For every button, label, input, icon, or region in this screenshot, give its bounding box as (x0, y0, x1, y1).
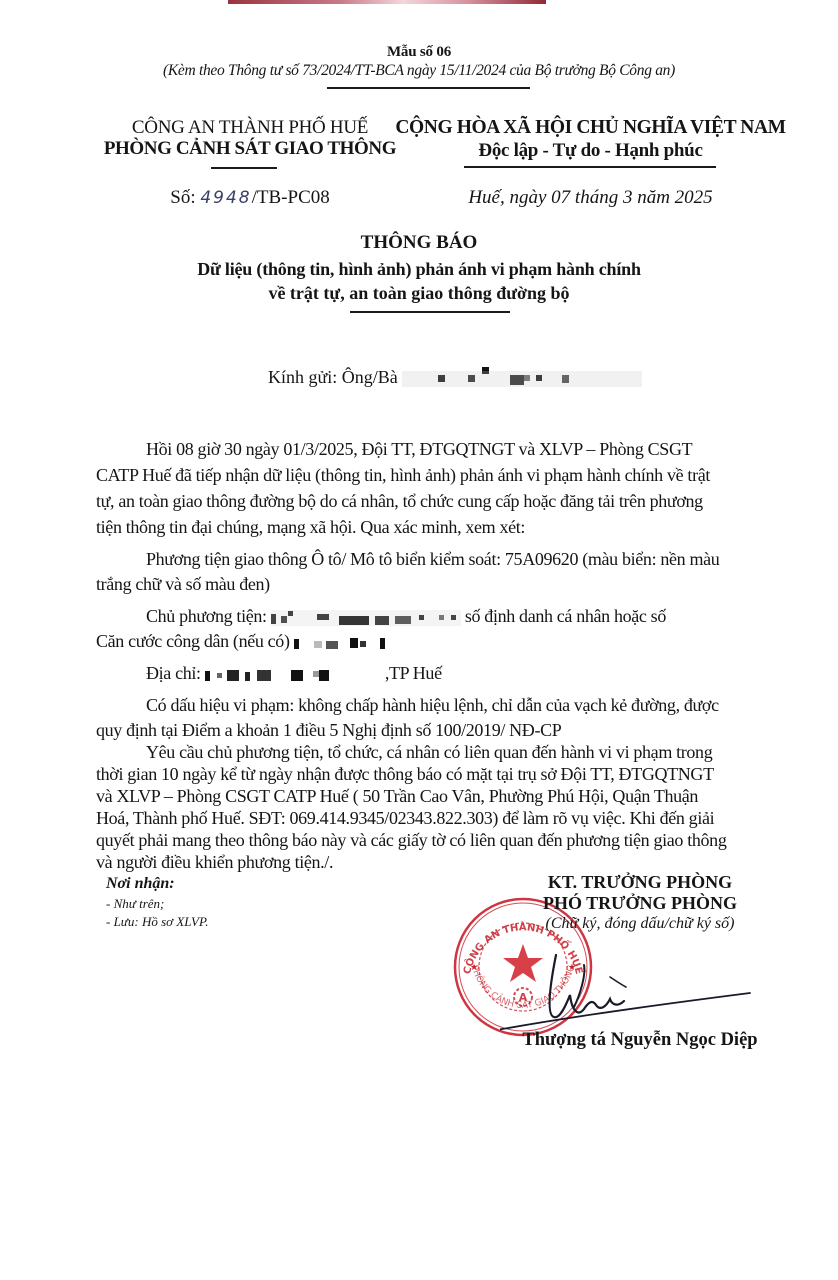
signatory-title: PHÓ TRƯỞNG PHÒNG (470, 893, 810, 914)
request-line: Hoá, Thành phố Huế. SĐT: 069.414.9345/02… (96, 808, 714, 829)
divider (350, 311, 510, 313)
form-number: Mẫu số 06 (0, 44, 838, 61)
redacted-citizen-id (294, 635, 414, 651)
document-title: THÔNG BÁO (0, 232, 838, 254)
body-line: Hồi 08 giờ 30 ngày 01/3/2025, Đội TT, ĐT… (146, 439, 692, 460)
owner-line: Chủ phương tiện: số định danh cá nhân ho… (146, 606, 666, 627)
form-reference: (Kèm theo Thông tư số 73/2024/TT-BCA ngà… (0, 62, 838, 80)
issuing-unit: PHÒNG CẢNH SÁT GIAO THÔNG (100, 138, 400, 160)
violation-line: Có dấu hiệu vi phạm: không chấp hành hiệ… (146, 695, 719, 716)
request-line: thời gian 10 ngày kể từ ngày nhận được t… (96, 764, 714, 785)
request-line: Yêu cầu chủ phương tiện, tổ chức, cá nhâ… (146, 742, 712, 763)
signatory-role: KT. TRƯỞNG PHÒNG (470, 872, 810, 893)
address-city: ,TP Huế (385, 663, 442, 683)
request-line: và người điều khiển phương tiện./. (96, 852, 333, 873)
request-line: và XLVP – Phòng CSGT CATP Huế ( 50 Trần … (96, 786, 698, 807)
body-line: tự, an toàn giao thông đường bộ do cá nh… (96, 491, 703, 512)
national-motto: Độc lập - Tự do - Hạnh phúc (393, 140, 788, 162)
address-line: Địa chỉ: ,TP Huế (146, 663, 442, 684)
recipient-item: - Lưu: Hồ sơ XLVP. (106, 914, 209, 930)
owner-id-line: Căn cước công dân (nếu có) (96, 631, 414, 652)
place-and-date: Huế, ngày 07 tháng 3 năm 2025 (393, 187, 788, 209)
salutation-label: Kính gửi: Ông/Bà (268, 367, 398, 387)
document-number-suffix: /TB-PC08 (252, 187, 330, 208)
vehicle-info-line: Phương tiện giao thông Ô tô/ Mô tô biển … (146, 549, 719, 570)
redacted-address (205, 667, 385, 683)
document-subtitle-line1: Dữ liệu (thông tin, hình ảnh) phản ánh v… (0, 259, 838, 280)
scan-top-edge (228, 0, 546, 4)
citizen-id-label: Căn cước công dân (nếu có) (96, 631, 290, 651)
divider (327, 87, 530, 89)
address-label: Địa chỉ: (146, 663, 201, 683)
vehicle-info-line: trắng chữ và số màu đen) (96, 574, 270, 595)
document-number-handwritten: 4948 (200, 188, 251, 208)
divider (464, 166, 716, 168)
request-line: quyết phải mang theo thông báo này và cá… (96, 830, 726, 851)
document-number: Số: 4948/TB-PC08 (100, 187, 400, 209)
svg-text:★: ★ (470, 963, 478, 973)
signer-name: Thượng tá Nguyễn Ngọc Diệp (470, 1030, 810, 1051)
recipient-item: - Như trên; (106, 896, 164, 912)
redacted-name (402, 371, 642, 387)
national-title: CỘNG HÒA XÃ HỘI CHỦ NGHĨA VIỆT NAM (393, 117, 788, 139)
owner-label: Chủ phương tiện: (146, 606, 267, 626)
handwritten-signature-icon (500, 925, 830, 1045)
document-subtitle-line2: về trật tự, an toàn giao thông đường bộ (0, 283, 838, 304)
violation-line: quy định tại Điểm a khoản 1 điều 5 Nghị … (96, 720, 561, 741)
body-line: tiện thông tin đại chúng, mạng xã hội. Q… (96, 517, 525, 538)
document-number-prefix: Số: (170, 187, 195, 208)
parent-organization: CÔNG AN THÀNH PHỐ HUẾ (100, 117, 400, 139)
body-line: CATP Huế đã tiếp nhận dữ liệu (thông tin… (96, 465, 710, 486)
salutation: Kính gửi: Ông/Bà (268, 367, 642, 388)
divider (211, 167, 277, 169)
recipients-heading: Nơi nhận: (106, 875, 175, 893)
redacted-owner-name (271, 610, 531, 626)
